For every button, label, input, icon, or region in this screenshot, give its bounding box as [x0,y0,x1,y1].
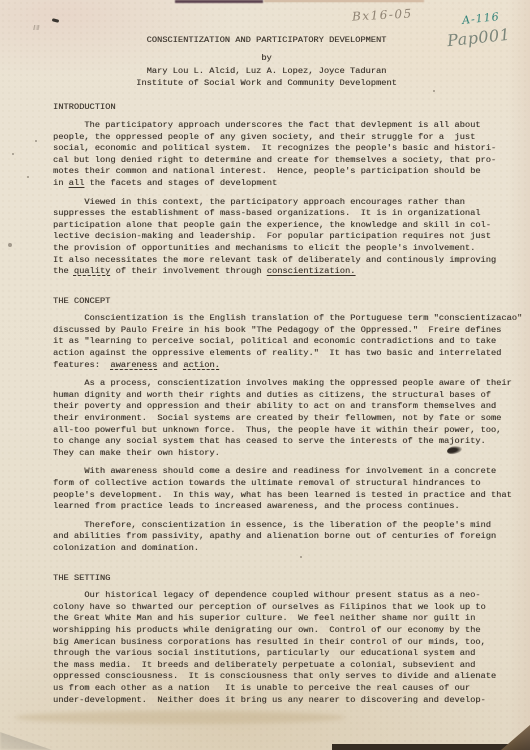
text-line: colony have so thwarted our perception o… [53,602,508,614]
text-line: and abilities from passivity, apathy and… [53,531,508,543]
text-line: oppressed consciousness. It is conscious… [53,671,508,683]
text-segment: the facets and stages of development [84,178,277,188]
text-line: suppresses the establishment of mass-bas… [53,208,508,220]
text-segment: The participatory approach underscores t… [53,120,481,130]
text-segment: social, economic and political system. I… [53,143,496,153]
text-line: us from each other as a nation It is una… [53,683,508,695]
text-line: features: awareness and action. [53,360,508,372]
paragraph: Our historical legacy of dependence coup… [53,590,508,706]
text-segment: They can make their own history. [53,448,220,458]
text-line: lective decision-making and leadership. … [53,231,508,243]
text-segment: the Great White Man and his superior cul… [53,613,475,623]
scan-shadow [0,726,52,750]
paragraph: Therefore, conscientization in essence, … [53,520,508,555]
text-line: Therefore, conscientization in essence, … [53,520,508,532]
text-line: They can make their own history. [53,448,508,460]
text-line: the provision of opportunities and mecha… [53,243,508,255]
text-segment: through the various social institutions,… [53,648,475,658]
text-line: As a process, conscientization involves … [53,378,508,390]
document-header: CONSCIENTIZATION AND PARTICIPATORY DEVEL… [53,35,508,89]
text-segment: under-development. Neither does it bring… [53,695,486,705]
text-segment: features: [53,360,110,370]
text-segment: and abilities from passivity, apathy and… [53,531,496,541]
text-segment: motes their common and national interest… [53,166,481,176]
text-line: people, the oppressed people of any give… [53,132,508,144]
text-segment: Conscientization is the English translat… [53,313,522,323]
text-line: all-too powerful but unknown force. Thus… [53,425,508,437]
institution: Institute of Social Work and Community D… [53,78,480,90]
text-segment: and [157,360,183,370]
text-segment: discussed by Paulo Freire in his book "T… [53,325,501,335]
text-segment: all-too powerful but unknown force. Thus… [53,425,501,435]
text-segment: suppresses the establishment of mass-bas… [53,208,481,218]
text-segment: colonization and domination. [53,543,199,553]
text-line: the quality of their involvement through… [53,266,508,278]
text-line: Our historical legacy of dependence coup… [53,590,508,602]
text-segment: oppressed consciousness. It is conscious… [53,671,496,681]
text-line: it as "learning to perceive social, poli… [53,336,508,348]
underlined-text: all [69,178,85,188]
text-line: human dignity and worth their rights and… [53,390,508,402]
text-line: The participatory approach underscores t… [53,120,508,132]
text-line: Viewed in this context, the participator… [53,197,508,209]
text-line: through the various social institutions,… [53,648,508,660]
section-heading: INTRODUCTION [53,102,508,114]
text-line: the mass media. It breeds and deliberate… [53,660,508,672]
byline: by [53,53,480,65]
paragraph: As a process, conscientization involves … [53,378,508,459]
text-segment: in [53,178,69,188]
text-line: motes their common and national interest… [53,166,508,178]
page-corner-fold [501,725,530,750]
text-segment: Therefore, conscientization in essence, … [53,520,491,530]
text-line: the Great White Man and his superior cul… [53,613,508,625]
paragraph: The participatory approach underscores t… [53,120,508,190]
section-heading: THE CONCEPT [53,296,508,308]
text-segment: their poverty and oppression and their a… [53,401,496,411]
text-line: people's development. In this way, what … [53,490,508,502]
text-line: worshipping his products while denigrati… [53,625,508,637]
text-line: cal but long denied right to determine a… [53,155,508,167]
text-segment: of their involvement through [110,266,266,276]
text-segment: the [53,266,74,276]
text-line: colonization and domination. [53,543,508,555]
paper-speck [8,243,12,247]
scanned-document-page: Bx16-05 A-116 Pap001 CONSCIENTIZATION AN… [0,0,530,750]
paper-speck [27,176,29,178]
text-segment: It also necessitates the more relevant t… [53,255,496,265]
text-line: big American business corporations has r… [53,637,508,649]
text-segment: it as "learning to perceive social, poli… [53,336,496,346]
text-segment: action against the oppressive elements o… [53,348,501,358]
document-title: CONSCIENTIZATION AND PARTICIPATORY DEVEL… [53,35,480,47]
text-segment: worshipping his products while denigrati… [53,625,481,635]
text-segment: lective decision-making and leadership. … [53,231,491,241]
text-segment: human dignity and worth their rights and… [53,390,491,400]
text-line: It also necessitates the more relevant t… [53,255,508,267]
text-segment: people's development. In this way, what … [53,490,512,500]
text-segment: their environment. Social systems are cr… [53,413,501,423]
text-line: action against the oppressive elements o… [53,348,508,360]
text-line: With awareness should come a desire and … [53,466,508,478]
text-segment: form of collective action towards the ul… [53,478,481,488]
text-segment: the provision of opportunities and mecha… [53,243,475,253]
pencil-scribble [24,25,48,30]
text-line: Conscientization is the English translat… [53,313,508,325]
document-sections: INTRODUCTION The participatory approach … [53,102,508,706]
authors: Mary Lou L. Alcid, Luz A. Lopez, Joyce T… [53,66,480,78]
paragraph: With awareness should come a desire and … [53,466,508,512]
text-line: their poverty and oppression and their a… [53,401,508,413]
text-line: discussed by Paulo Freire in his book "T… [53,325,508,337]
text-segment: people, the oppressed people of any give… [53,132,475,142]
underlined-text: action. [183,360,220,370]
text-segment: to change any social system that has cea… [53,436,486,446]
section-heading: THE SETTING [53,573,508,585]
text-line: social, economic and political system. I… [53,143,508,155]
underlined-text: quality [74,266,111,276]
text-line: to change any social system that has cea… [53,436,508,448]
paragraph: Conscientization is the English translat… [53,313,508,371]
text-line: form of collective action towards the ul… [53,478,508,490]
paper-speck [12,153,14,155]
paragraph: Viewed in this context, the participator… [53,197,508,278]
text-segment: participation alone that people gain the… [53,220,491,230]
text-segment: Viewed in this context, the participator… [53,197,465,207]
text-line: in all the facets and stages of developm… [53,178,508,190]
scan-edge-artifact [332,744,530,750]
text-segment: With awareness should come a desire and … [53,466,496,476]
document-content: CONSCIENTIZATION AND PARTICIPATORY DEVEL… [53,0,508,713]
text-segment: As a process, conscientization involves … [53,378,512,388]
underlined-text: conscientization. [267,266,356,276]
text-line: under-development. Neither does it bring… [53,695,508,707]
text-segment: cal but long denied right to determine a… [53,155,496,165]
paper-speck [35,140,37,142]
text-segment: colony have so thwarted our perception o… [53,602,486,612]
text-segment: the mass media. It breeds and deliberate… [53,660,475,670]
text-line: their environment. Social systems are cr… [53,413,508,425]
text-line: learned from practice leads to increased… [53,501,508,513]
text-segment: learned from practice leads to increased… [53,501,460,511]
text-segment: us from each other as a nation It is una… [53,683,470,693]
text-segment: Our historical legacy of dependence coup… [53,590,481,600]
text-segment: big American business corporations has r… [53,637,486,647]
text-line: participation alone that people gain the… [53,220,508,232]
underlined-text: awareness [110,360,157,370]
